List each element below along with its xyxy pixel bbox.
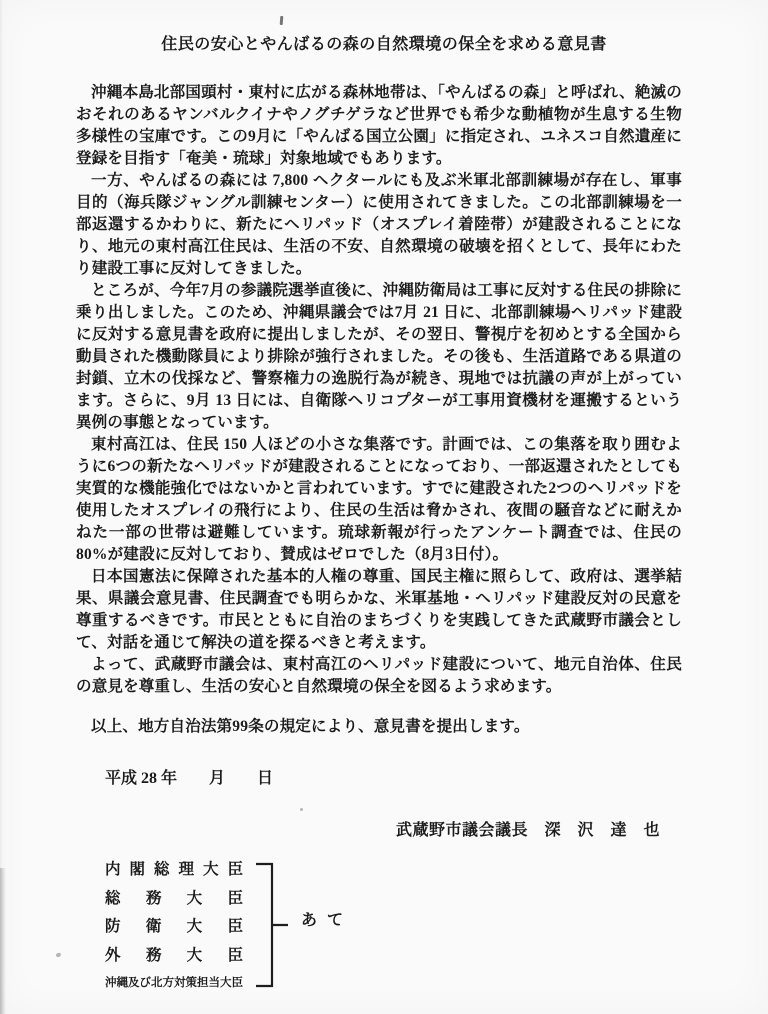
scan-speck-top <box>280 16 284 25</box>
paragraph-resolution: よって、武蔵野市議会は、東村高江のヘリパッド建設について、地元自治体、住民の意見… <box>76 654 682 698</box>
addressee-foreign-minister: 外務大臣 <box>105 942 243 971</box>
date-line: 平成 28 年 月 日 <box>105 768 768 790</box>
document-page: 住民の安心とやんばるの森の自然環境の保全を求める意見書 沖縄本島北部国頭村・東村… <box>0 0 768 1014</box>
scan-edge-shadow <box>0 868 6 1014</box>
addressee-okinawa-affairs-minister: 沖縄及び北方対策担当大臣 <box>105 970 243 996</box>
document-body: 沖縄本島北部国頭村・東村に広がる森林地帯は、「やんばるの森」と呼ばれ、絶滅のおそ… <box>76 82 682 738</box>
addressee-block: 内閣総理大臣 総務大臣 防衛大臣 外務大臣 沖縄及び北方対策担当大臣 あて <box>105 856 768 1006</box>
addressee-prime-minister: 内閣総理大臣 <box>105 856 243 885</box>
paragraph-yanbaru-forest: 沖縄本島北部国頭村・東村に広がる森林地帯は、「やんばるの森」と呼ばれ、絶滅のおそ… <box>76 82 682 170</box>
scan-edge-shadow-full <box>0 0 3 1014</box>
signature-council-chair: 武蔵野市議会議長 深 沢 達 也 <box>0 820 768 842</box>
grouping-bracket-icon <box>255 862 291 988</box>
scan-speck-bottom <box>55 952 61 957</box>
scan-speck-middle <box>300 808 303 811</box>
paragraph-training-area: 一方、やんばるの森には 7,800 ヘクタールにも及ぶ米軍北部訓練場が存在し、軍… <box>76 170 682 280</box>
paragraph-takae-village: 東村高江は、住民 150 人ほどの小さな集落です。計画では、この集落を取り囲むよ… <box>76 434 682 566</box>
document-title: 住民の安心とやんばるの森の自然環境の保全を求める意見書 <box>0 36 768 54</box>
addressee-suffix: あて <box>301 907 353 930</box>
paragraph-protest-removal: ところが、今年7月の参議院選挙直後に、沖縄防衛局は工事に反対する住民の排除に乗り… <box>76 280 682 434</box>
closing-statement: 以上、地方自治法第99条の規定により、意見書を提出します。 <box>76 716 682 738</box>
addressee-internal-affairs-minister: 総務大臣 <box>105 885 243 914</box>
paragraph-constitution: 日本国憲法に保障された基本的人権の尊重、国民主権に照らして、政府は、選挙結果、県… <box>76 566 682 654</box>
addressee-defense-minister: 防衛大臣 <box>105 913 243 942</box>
